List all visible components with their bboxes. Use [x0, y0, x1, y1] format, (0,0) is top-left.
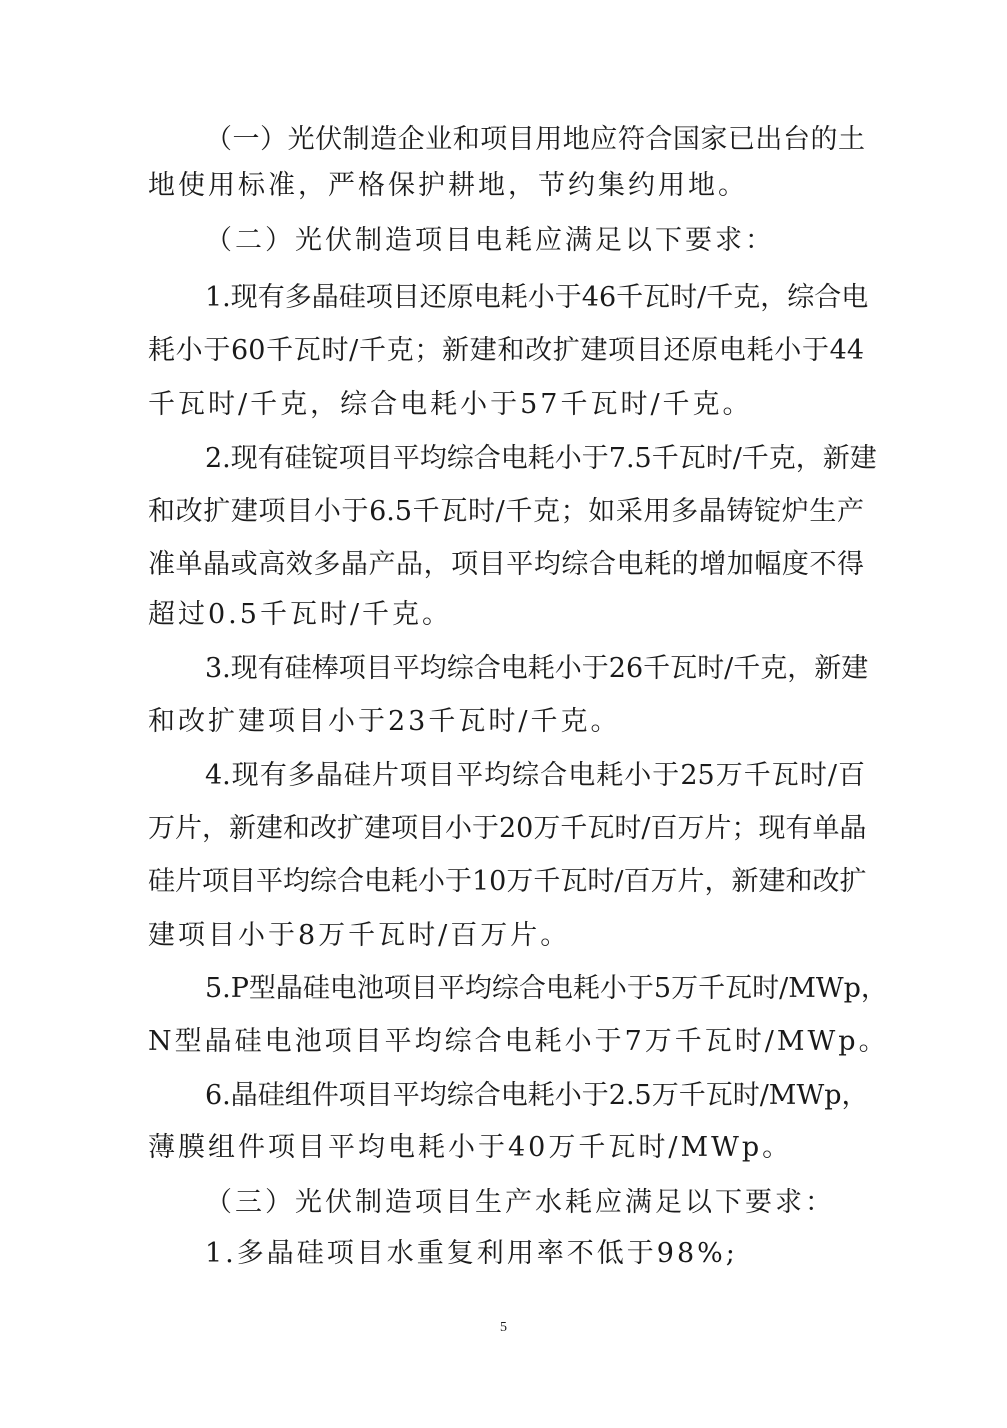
item-1-line: 耗小于60千瓦时/千克；新建和改扩建项目还原电耗小于44: [148, 331, 864, 371]
section-heading-1: （一）光伏制造企业和项目用地应符合国家已出台的土: [205, 120, 865, 160]
paragraph-line: 地使用标准，严格保护耕地，节约集约用地。: [148, 166, 864, 206]
item-5-line: 5.P型晶硅电池项目平均综合电耗小于5万千瓦时/MWp，: [205, 969, 865, 1009]
item-2-line: 超过0.5千瓦时/千克。: [148, 595, 864, 635]
item-4-line: 硅片项目平均综合电耗小于10万千瓦时/百万片，新建和改扩: [148, 862, 864, 902]
item-4-line: 万片，新建和改扩建项目小于20万千瓦时/百万片；现有单晶: [148, 809, 864, 849]
document-page: （一）光伏制造企业和项目用地应符合国家已出台的土 地使用标准，严格保护耕地，节约…: [0, 0, 1007, 1428]
item-3-line: 3.现有硅棒项目平均综合电耗小于26千瓦时/千克，新建: [205, 649, 865, 689]
item-2-line: 准单晶或高效多晶产品，项目平均综合电耗的增加幅度不得: [148, 545, 864, 585]
item-2-line: 和改扩建项目小于6.5千瓦时/千克；如采用多晶铸锭炉生产: [148, 492, 864, 532]
item-2-line: 2.现有硅锭项目平均综合电耗小于7.5千瓦时/千克，新建: [205, 439, 865, 479]
section-heading-2: （二）光伏制造项目电耗应满足以下要求：: [205, 221, 865, 261]
item-4-line: 4.现有多晶硅片项目平均综合电耗小于25万千瓦时/百: [205, 756, 865, 796]
section-heading-3: （三）光伏制造项目生产水耗应满足以下要求：: [205, 1183, 865, 1223]
item-5-line: N型晶硅电池项目平均综合电耗小于7万千瓦时/MWp。: [148, 1022, 864, 1062]
item-1-line: 千瓦时/千克，综合电耗小于57千瓦时/千克。: [148, 385, 864, 425]
item-6-line: 薄膜组件项目平均电耗小于40万千瓦时/MWp。: [148, 1128, 864, 1168]
item-3-line: 和改扩建项目小于23千瓦时/千克。: [148, 702, 864, 742]
item-1-line: 1.现有多晶硅项目还原电耗小于46千瓦时/千克，综合电: [205, 278, 865, 318]
water-item-1-line: 1.多晶硅项目水重复利用率不低于98%;: [205, 1234, 865, 1274]
item-6-line: 6.晶硅组件项目平均综合电耗小于2.5万千瓦时/MWp，: [205, 1076, 865, 1116]
item-4-line: 建项目小于8万千瓦时/百万片。: [148, 916, 864, 956]
page-number: 5: [0, 1320, 1007, 1336]
